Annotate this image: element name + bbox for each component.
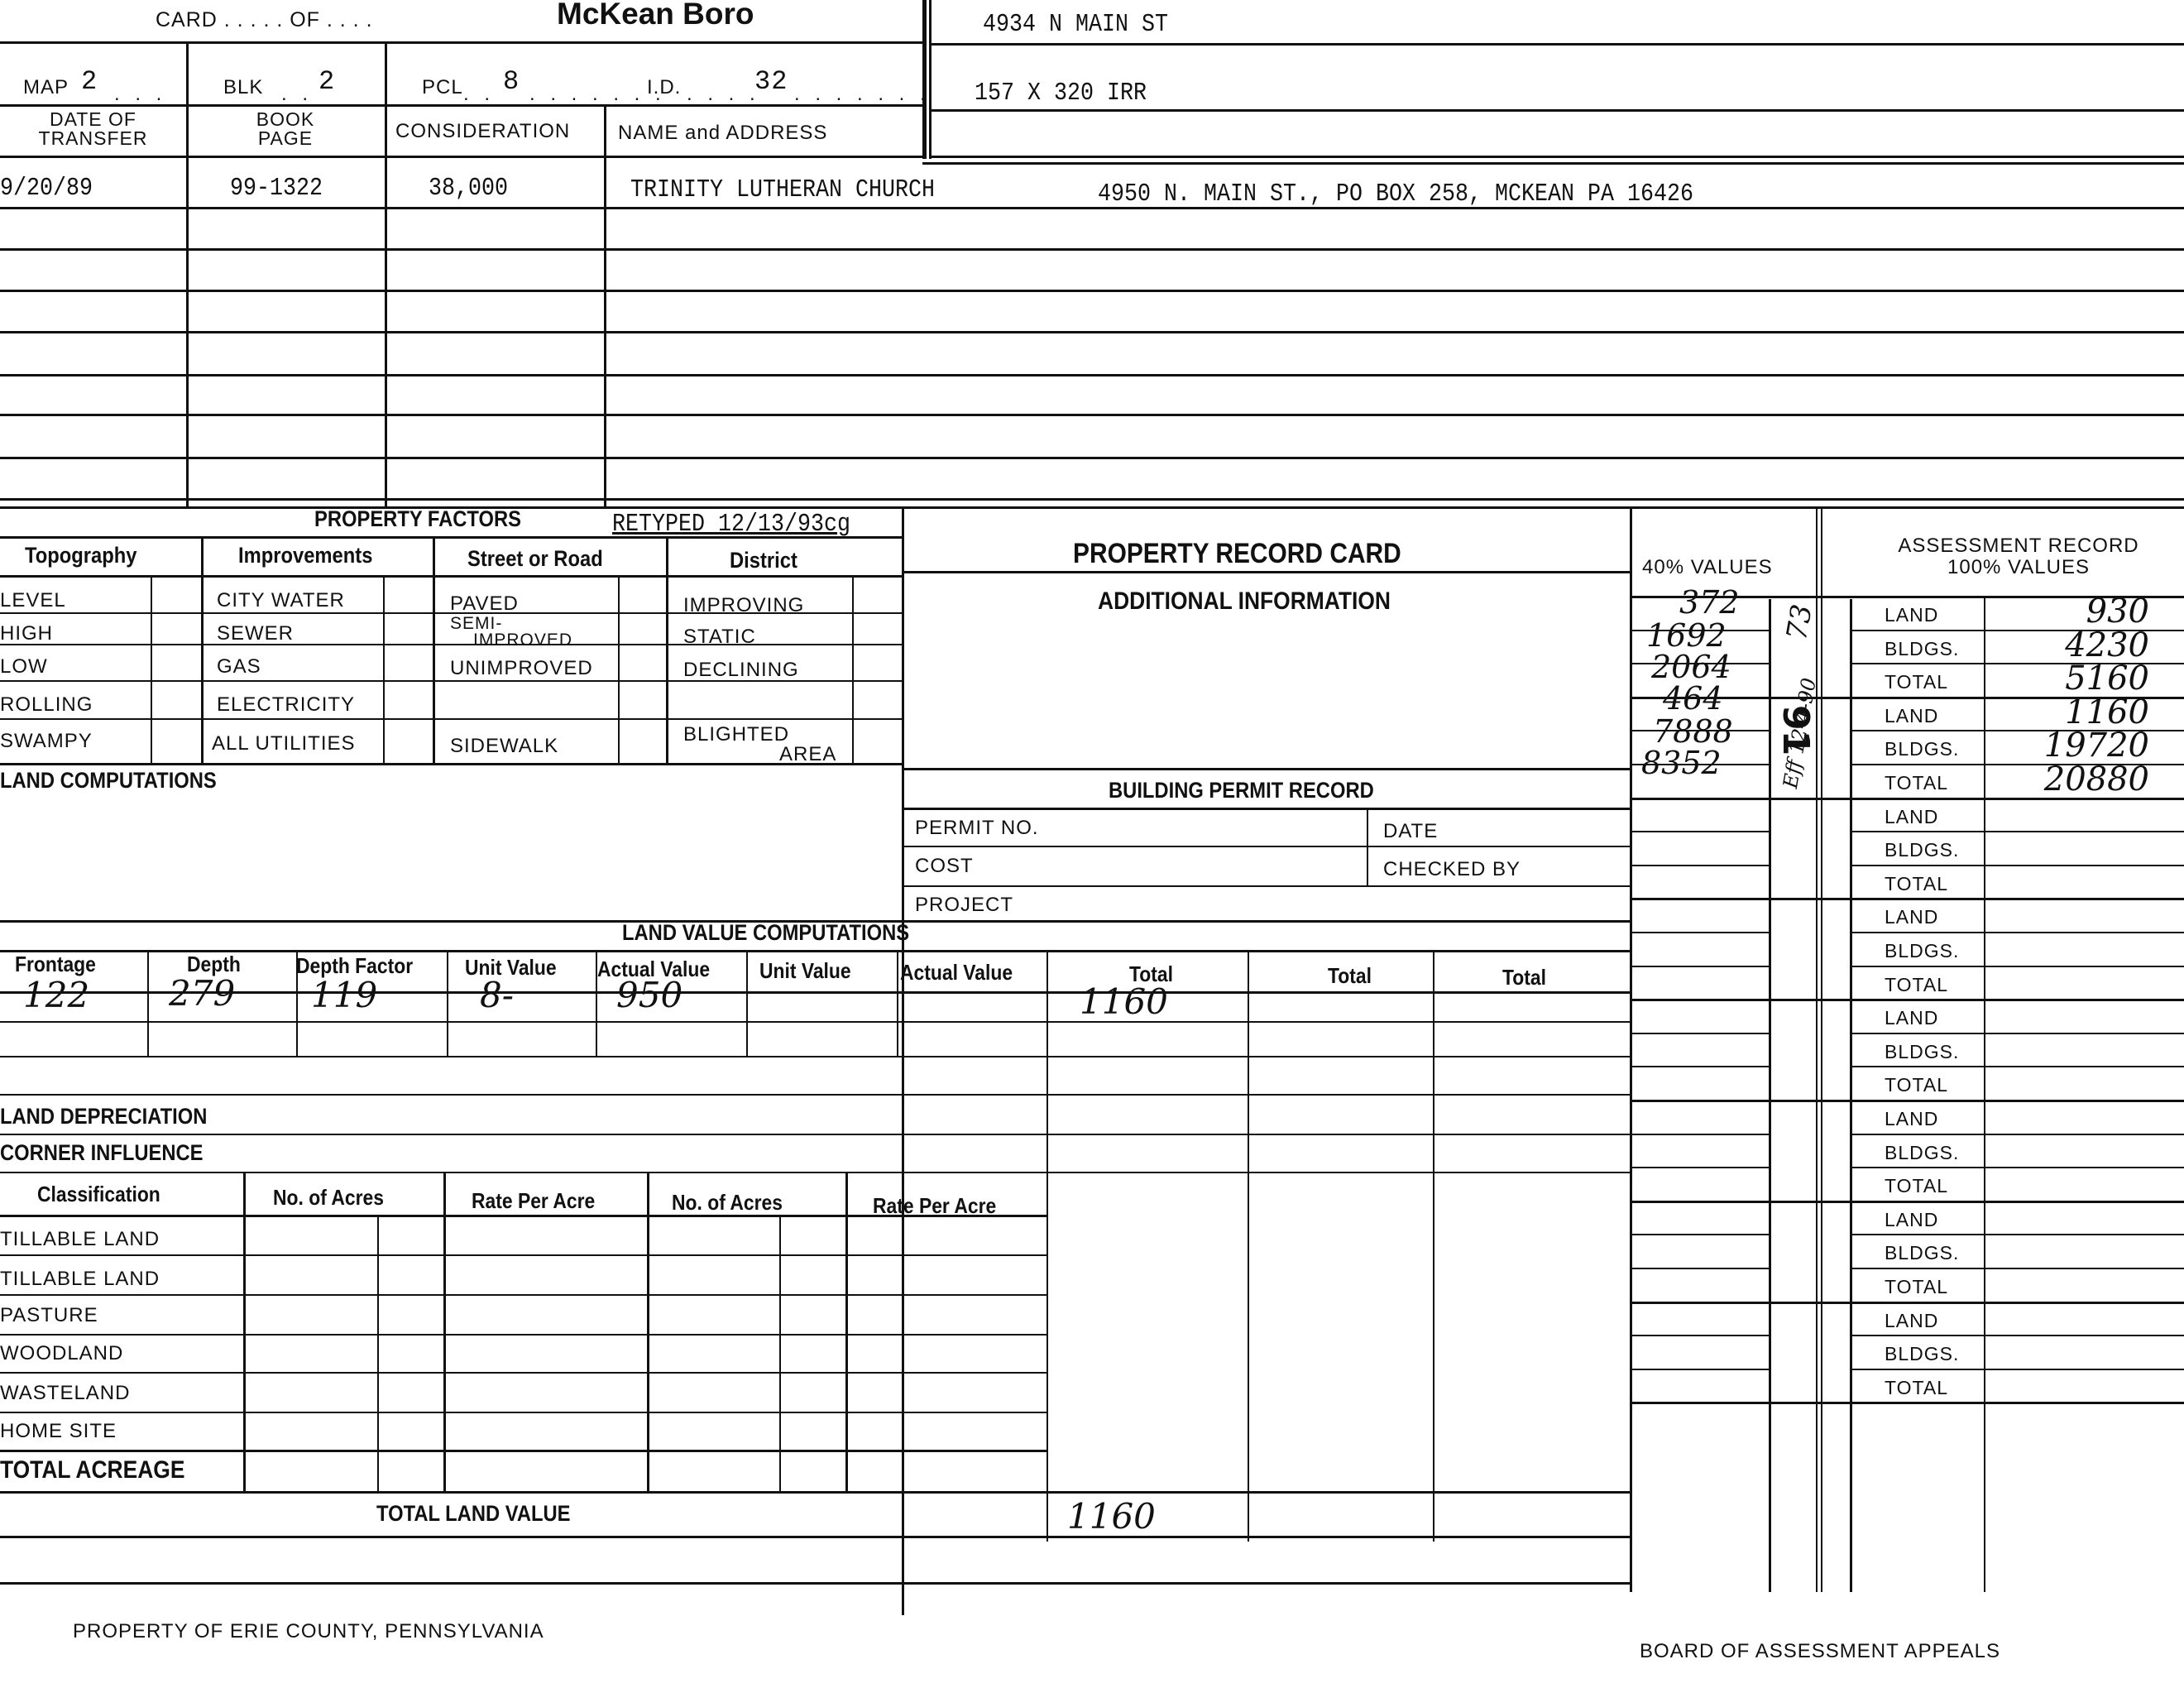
col-date-transfer-l1: DATE OF (0, 110, 186, 128)
footer-county: PROPERTY OF ERIE COUNTY, PENNSYLVANIA (73, 1620, 544, 1643)
acreage-row-wasteland: WASTELAND (0, 1382, 130, 1405)
assessment-land-label: LAND (1885, 906, 1938, 928)
transfer-consideration: 38,000 (429, 174, 508, 203)
building-permit-title: BUILDING PERMIT RECORD (1109, 778, 1374, 803)
map-label: MAP (23, 76, 69, 99)
transfer-book-page: 99-1322 (230, 174, 323, 203)
assessment-land-label: LAND (1885, 806, 1938, 828)
col-no-acres-2: No. of Acres (672, 1190, 783, 1216)
topo-low: LOW (0, 655, 48, 679)
col-classification: Classification (37, 1182, 160, 1207)
assessment-total-label: TOTAL (1885, 671, 1948, 693)
col-frontage: Frontage (15, 952, 96, 977)
forty-value-6: 8352 (1641, 745, 1722, 781)
municipality-title: McKean Boro (557, 0, 754, 31)
topo-high: HIGH (0, 622, 53, 645)
permit-project-label: PROJECT (915, 894, 1013, 917)
col-consideration: CONSIDERATION (395, 120, 570, 143)
col-book-l1: BOOK (186, 110, 385, 128)
card-number-label: CARD . . . . . OF . . . . (156, 8, 373, 32)
col-no-acres-1: No. of Acres (273, 1185, 384, 1211)
assessment-bldgs-label: BLDGS. (1885, 1242, 1959, 1264)
land-value-title: LAND VALUE COMPUTATIONS (622, 920, 909, 946)
assessment-bldgs-label: BLDGS. (1885, 638, 1959, 660)
actual-value: 950 (616, 975, 682, 1015)
district-static: STATIC (683, 626, 756, 649)
depth-factor-value: 119 (311, 975, 377, 1015)
col-book-l2: PAGE (186, 129, 385, 147)
assessment-bldgs-label: BLDGS. (1885, 839, 1959, 861)
impr-city-water: CITY WATER (217, 589, 345, 612)
retyped-note: RETYPED 12/13/93cg (612, 510, 850, 539)
year-stamp: 91 (1774, 705, 1817, 755)
land-computations-title: LAND COMPUTATIONS (0, 768, 217, 794)
assessment-total-label: TOTAL (1885, 1074, 1948, 1096)
street-unimproved: UNIMPROVED (450, 657, 593, 680)
assessment-land-value: 930 (2000, 592, 2149, 631)
col-total-2: Total (1328, 963, 1372, 989)
transfer-date: 9/20/89 (0, 174, 93, 203)
acreage-row-pasture: PASTURE (0, 1304, 98, 1327)
permit-checked-by-label: CHECKED BY (1383, 858, 1521, 881)
col-unit-value-2: Unit Value (759, 958, 851, 984)
col-district: District (730, 548, 797, 573)
assessment-total-label: TOTAL (1885, 974, 1948, 996)
acreage-row-tillable-1: TILLABLE LAND (0, 1228, 160, 1251)
impr-sewer: SEWER (217, 622, 294, 645)
street-paved: PAVED (450, 592, 519, 616)
assessment-land-label: LAND (1885, 1310, 1938, 1332)
col-name-address: NAME and ADDRESS (618, 122, 827, 145)
assessment-bldgs-label: BLDGS. (1885, 1142, 1959, 1164)
assessment-title-l2: 100% VALUES (1853, 556, 2184, 579)
land-depreciation-label: LAND DEPRECIATION (0, 1104, 207, 1129)
permit-date-label: DATE (1383, 820, 1438, 843)
impr-gas: GAS (217, 655, 261, 679)
unit-value: 8- (480, 975, 514, 1015)
assessment-total-label: TOTAL (1885, 772, 1948, 794)
assessment-land-label: LAND (1885, 1007, 1938, 1029)
footer-appeals-board: BOARD OF ASSESSMENT APPEALS (1640, 1640, 2000, 1663)
lot-size: 157 X 320 IRR (975, 79, 1147, 108)
total-acreage-label: TOTAL ACREAGE (0, 1456, 184, 1484)
assessment-total-value: 5160 (2000, 659, 2149, 698)
topo-rolling: ROLLING (0, 693, 93, 717)
col-rate-per-acre-1: Rate Per Acre (472, 1188, 595, 1214)
col-topography: Topography (25, 543, 137, 568)
assessment-land-label: LAND (1885, 705, 1938, 727)
street-sidewalk: SIDEWALK (450, 735, 558, 758)
topo-swampy: SWAMPY (0, 730, 93, 753)
assessment-title-l1: ASSESSMENT RECORD (1853, 535, 2184, 558)
acreage-row-woodland: WOODLAND (0, 1342, 123, 1365)
forty-values-title: 40% VALUES (1642, 556, 1773, 579)
pcl-value: 8 (503, 66, 520, 97)
blk-value: 2 (318, 66, 335, 97)
assessment-total-label: TOTAL (1885, 1175, 1948, 1197)
corner-influence-label: CORNER INFLUENCE (0, 1140, 204, 1166)
col-improvements: Improvements (238, 543, 372, 568)
record-card-title: PROPERTY RECORD CARD (1073, 538, 1401, 570)
district-blighted: BLIGHTED (683, 723, 789, 746)
assessment-land-label: LAND (1885, 1108, 1938, 1130)
assessment-bldgs-label: BLDGS. (1885, 1041, 1959, 1063)
forty-value-1: 372 (1679, 584, 1740, 621)
property-factors-title: PROPERTY FACTORS (314, 506, 521, 532)
land-total-value: 1160 (1080, 981, 1168, 1022)
assessment-total-label: TOTAL (1885, 1377, 1948, 1399)
assessment-land-label: LAND (1885, 604, 1938, 626)
impr-all-utilities: ALL UTILITIES (212, 732, 356, 755)
col-date-transfer-l2: TRANSFER (0, 129, 186, 147)
col-total-3: Total (1502, 965, 1546, 990)
district-area: AREA (779, 743, 836, 766)
total-land-value-label: TOTAL LAND VALUE (376, 1501, 571, 1527)
col-actual-value-2: Actual Value (900, 960, 1013, 985)
map-value: 2 (81, 66, 98, 97)
acreage-row-home-site: HOME SITE (0, 1420, 117, 1443)
pcl-label: PCL (422, 76, 463, 99)
permit-cost-label: COST (915, 855, 974, 878)
note-73: 73 (1780, 602, 1819, 643)
street-improved: IMPROVED (473, 631, 572, 650)
district-improving: IMPROVING (683, 594, 804, 617)
blk-label: BLK (223, 76, 263, 99)
assessment-bldgs-label: BLDGS. (1885, 738, 1959, 760)
total-land-value: 1160 (1067, 1496, 1156, 1537)
topo-level: LEVEL (0, 589, 66, 612)
district-declining: DECLINING (683, 659, 799, 682)
impr-electricity: ELECTRICITY (217, 693, 355, 717)
assessment-total-value: 20880 (2000, 760, 2149, 798)
depth-value: 279 (169, 973, 235, 1014)
assessment-bldgs-label: BLDGS. (1885, 940, 1959, 962)
assessment-total-label: TOTAL (1885, 873, 1948, 895)
col-street-road: Street or Road (467, 546, 603, 572)
transfer-address: 4950 N. MAIN ST., PO BOX 258, MCKEAN PA … (1098, 180, 1693, 209)
assessment-bldgs-label: BLDGS. (1885, 1343, 1959, 1365)
transfer-name: TRINITY LUTHERAN CHURCH (630, 175, 935, 204)
frontage-value: 122 (23, 975, 89, 1015)
assessment-total-label: TOTAL (1885, 1276, 1948, 1298)
additional-info-title: ADDITIONAL INFORMATION (1098, 587, 1391, 616)
assessment-land-label: LAND (1885, 1209, 1938, 1231)
permit-no-label: PERMIT NO. (915, 817, 1039, 840)
property-address: 4934 N MAIN ST (983, 10, 1168, 39)
acreage-row-tillable-2: TILLABLE LAND (0, 1268, 160, 1291)
assessment-bldgs-value: 19720 (2000, 727, 2149, 765)
